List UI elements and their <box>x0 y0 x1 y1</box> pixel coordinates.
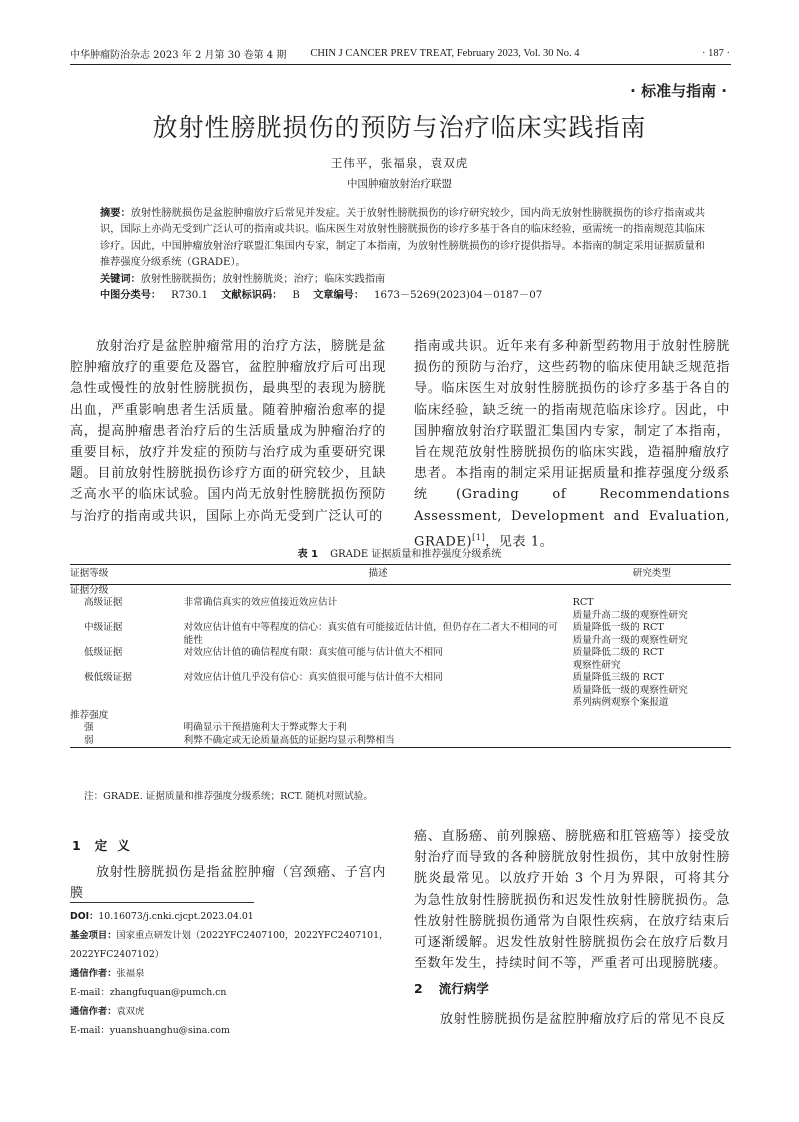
group-recommendation-strength: 推荐强度 <box>70 710 731 723</box>
cell-types: 质量降低二级的 RCT观察性研究 <box>573 647 731 672</box>
footnote-block: DOI：10.16073/j.cnki.cjcpt.2023.04.01 基金项… <box>70 907 390 1040</box>
section-number: 2 <box>414 981 423 996</box>
cell-desc: 对效应估计值几乎没有信心：真实值很可能与估计值不大相同 <box>184 672 573 710</box>
clc-value: R730.1 <box>171 290 208 301</box>
footnote-rule <box>70 902 254 903</box>
article-no-label: 文章编号： <box>313 290 364 301</box>
section-1-paragraph-start: 放射性膀胱损伤是指盆腔肿瘤（宫颈癌、子宫内膜 <box>70 862 386 904</box>
table-number: 表 1 <box>298 549 318 560</box>
section-1-left: 放射性膀胱损伤是指盆腔肿瘤（宫颈癌、子宫内膜 <box>70 862 386 904</box>
affiliation: 中国肿瘤放射治疗联盟 <box>0 176 799 191</box>
article-no-value: 1673－5269(2023)04－0187－07 <box>374 290 542 301</box>
cell-desc: 利弊不确定或无论质量高低的证据均显示利弊相当 <box>184 735 573 748</box>
table-row: 强 明确显示干预措施利大于弊或弊大于利 <box>70 722 731 735</box>
cell-level: 极低级证据 <box>70 672 184 710</box>
intro-right-column: 指南或共识。近年来有多种新型药物用于放射性膀胱损伤的预防与治疗，这些药物的临床使… <box>414 336 730 552</box>
type-line: 质量升高二级的观察性研究 <box>573 610 731 623</box>
fund-text: 国家重点研发计划（2022YFC2407100，2022YFC2407101，2… <box>70 930 388 960</box>
cell-types: 质量降低一级的 RCT质量升高一级的观察性研究 <box>573 622 731 647</box>
clc-label: 中图分类号： <box>100 290 161 301</box>
header-study-type: 研究类型 <box>573 565 731 585</box>
abstract-label: 摘要： <box>100 208 131 219</box>
intro-left-column: 放射治疗是盆腔肿瘤常用的治疗方法，膀胱是盆腔肿瘤放疗的重要危及器官，盆腔肿瘤放疗… <box>70 336 386 527</box>
abstract-block: 摘要：放射性膀胱损伤是盆腔肿瘤放疗后常见并发症。关于放射性膀胱损伤的诊疗研究较少… <box>100 206 705 304</box>
doc-code-value: B <box>292 290 300 301</box>
authors: 王伟平，张福泉，袁双虎 <box>0 155 799 171</box>
section-number: 1 <box>72 838 81 853</box>
corr-author-label: 通信作者： <box>70 968 117 979</box>
table-row: 弱 利弊不确定或无论质量高低的证据均显示利弊相当 <box>70 735 731 748</box>
cell-desc: 非常确信真实的效应值接近效应估计 <box>184 597 573 622</box>
section-1-heading: 1定义 <box>72 836 140 854</box>
cell-desc: 对效应估计值有中等程度的信心：真实值有可能接近估计值，但仍存在二者大不相同的可能… <box>184 622 573 647</box>
email-link[interactable]: yuanshuanghu@sina.com <box>110 1025 230 1036</box>
type-line: 质量降低一级的观察性研究 <box>573 685 731 698</box>
cell-level: 弱 <box>70 735 184 748</box>
table-row: 极低级证据 对效应估计值几乎没有信心：真实值很可能与估计值不大相同 质量降低三级… <box>70 672 731 710</box>
type-line: 系列病例观察个案报道 <box>573 697 731 710</box>
section-1-right: 癌、直肠癌、前列腺癌、膀胱癌和肛管癌等）接受放射治疗而导致的各种膀胱放射性损伤，… <box>414 826 730 974</box>
email-label: E-mail： <box>70 1025 110 1036</box>
section-2-paragraph: 放射性膀胱损伤是盆腔肿瘤放疗后的常见不良反 <box>414 1009 730 1030</box>
section-title: 流行病学 <box>439 981 489 996</box>
corr-author-name: 张福泉 <box>117 968 145 979</box>
section-2-body: 放射性膀胱损伤是盆腔肿瘤放疗后的常见不良反 <box>414 1009 730 1030</box>
type-line: 质量降低一级的 RCT <box>573 622 731 635</box>
doi-link[interactable]: 10.16073/j.cnki.cjcpt.2023.04.01 <box>98 911 253 922</box>
doc-code-label: 文献标识码： <box>221 290 282 301</box>
corr-author-name: 袁双虎 <box>117 1006 145 1017</box>
page-number: · 187 · <box>702 48 730 59</box>
journal-name-cn: 中华肿瘤防治杂志 2023 年 2 月第 30 卷第 4 期 <box>70 46 286 61</box>
intro-paragraph-right: 指南或共识。近年来有多种新型药物用于放射性膀胱损伤的预防与治疗，这些药物的临床使… <box>414 336 730 552</box>
cell-desc: 明确显示干预措施利大于弊或弊大于利 <box>184 722 573 735</box>
abstract-text: 放射性膀胱损伤是盆腔肿瘤放疗后常见并发症。关于放射性膀胱损伤的诊疗研究较少，国内… <box>100 208 705 268</box>
section-2-heading: 2流行病学 <box>414 979 489 997</box>
citation-ref[interactable]: [1] <box>472 533 485 542</box>
type-line: RCT <box>573 597 731 610</box>
fund-label: 基金项目： <box>70 930 117 941</box>
email-label: E-mail： <box>70 987 110 998</box>
journal-name-en: CHIN J CANCER PREV TREAT, February 2023,… <box>310 48 579 59</box>
keywords-label: 关键词： <box>100 274 141 285</box>
cell-desc: 对效应估计值的确信程度有限：真实值可能与估计值大不相同 <box>184 647 573 672</box>
classification-line: 中图分类号：R730.1 文献标识码：B 文章编号：1673－5269(2023… <box>100 288 705 304</box>
cell-level: 中级证据 <box>70 622 184 647</box>
doi-label: DOI： <box>70 911 98 922</box>
cell-types: 质量降低三级的 RCT质量降低一级的观察性研究系列病例观察个案报道 <box>573 672 731 710</box>
header-description: 描述 <box>184 565 573 585</box>
column-tag: · 标准与指南 · <box>630 80 727 101</box>
article-title: 放射性膀胱损伤的预防与治疗临床实践指南 <box>0 108 799 144</box>
type-line: 质量升高一级的观察性研究 <box>573 635 731 648</box>
keywords: 放射性膀胱损伤；放射性膀胱炎；治疗；临床实践指南 <box>141 274 386 285</box>
table-row: 中级证据 对效应估计值有中等程度的信心：真实值有可能接近估计值，但仍存在二者大不… <box>70 622 731 647</box>
section-title: 定义 <box>95 838 140 853</box>
type-line: 观察性研究 <box>573 660 731 673</box>
grade-table: 证据等级 描述 研究类型 证据分级 高级证据 非常确信真实的效应值接近效应估计 … <box>70 564 731 748</box>
cell-level: 强 <box>70 722 184 735</box>
type-line: 质量降低三级的 RCT <box>573 672 731 685</box>
cell-types: RCT质量升高二级的观察性研究 <box>573 597 731 622</box>
running-header: 中华肿瘤防治杂志 2023 年 2 月第 30 卷第 4 期 CHIN J CA… <box>70 45 730 61</box>
email-link[interactable]: zhangfuquan@pumch.cn <box>110 987 227 998</box>
intro-right-text: 指南或共识。近年来有多种新型药物用于放射性膀胱损伤的预防与治疗，这些药物的临床使… <box>414 339 730 549</box>
table-note: 注：GRADE. 证据质量和推荐强度分级系统；RCT. 随机对照试验。 <box>84 788 373 802</box>
header-rule <box>70 64 731 65</box>
table-row: 高级证据 非常确信真实的效应值接近效应估计 RCT质量升高二级的观察性研究 <box>70 597 731 622</box>
table-header-row: 证据等级 描述 研究类型 <box>70 565 731 585</box>
intro-paragraph-left: 放射治疗是盆腔肿瘤常用的治疗方法，膀胱是盆腔肿瘤放疗的重要危及器官，盆腔肿瘤放疗… <box>70 336 386 527</box>
cell-level: 低级证据 <box>70 647 184 672</box>
table-caption: 表 1GRADE 证据质量和推荐强度分级系统 <box>0 545 799 560</box>
corr-author-label: 通信作者： <box>70 1006 117 1017</box>
section-1-paragraph-continued: 癌、直肠癌、前列腺癌、膀胱癌和肛管癌等）接受放射治疗而导致的各种膀胱放射性损伤，… <box>414 826 730 974</box>
group-evidence-grading: 证据分级 <box>70 584 731 597</box>
table-row: 低级证据 对效应估计值的确信程度有限：真实值可能与估计值大不相同 质量降低二级的… <box>70 647 731 672</box>
type-line: 质量降低二级的 RCT <box>573 647 731 660</box>
table-title: GRADE 证据质量和推荐强度分级系统 <box>330 549 501 560</box>
cell-level: 高级证据 <box>70 597 184 622</box>
header-evidence-level: 证据等级 <box>70 565 184 585</box>
